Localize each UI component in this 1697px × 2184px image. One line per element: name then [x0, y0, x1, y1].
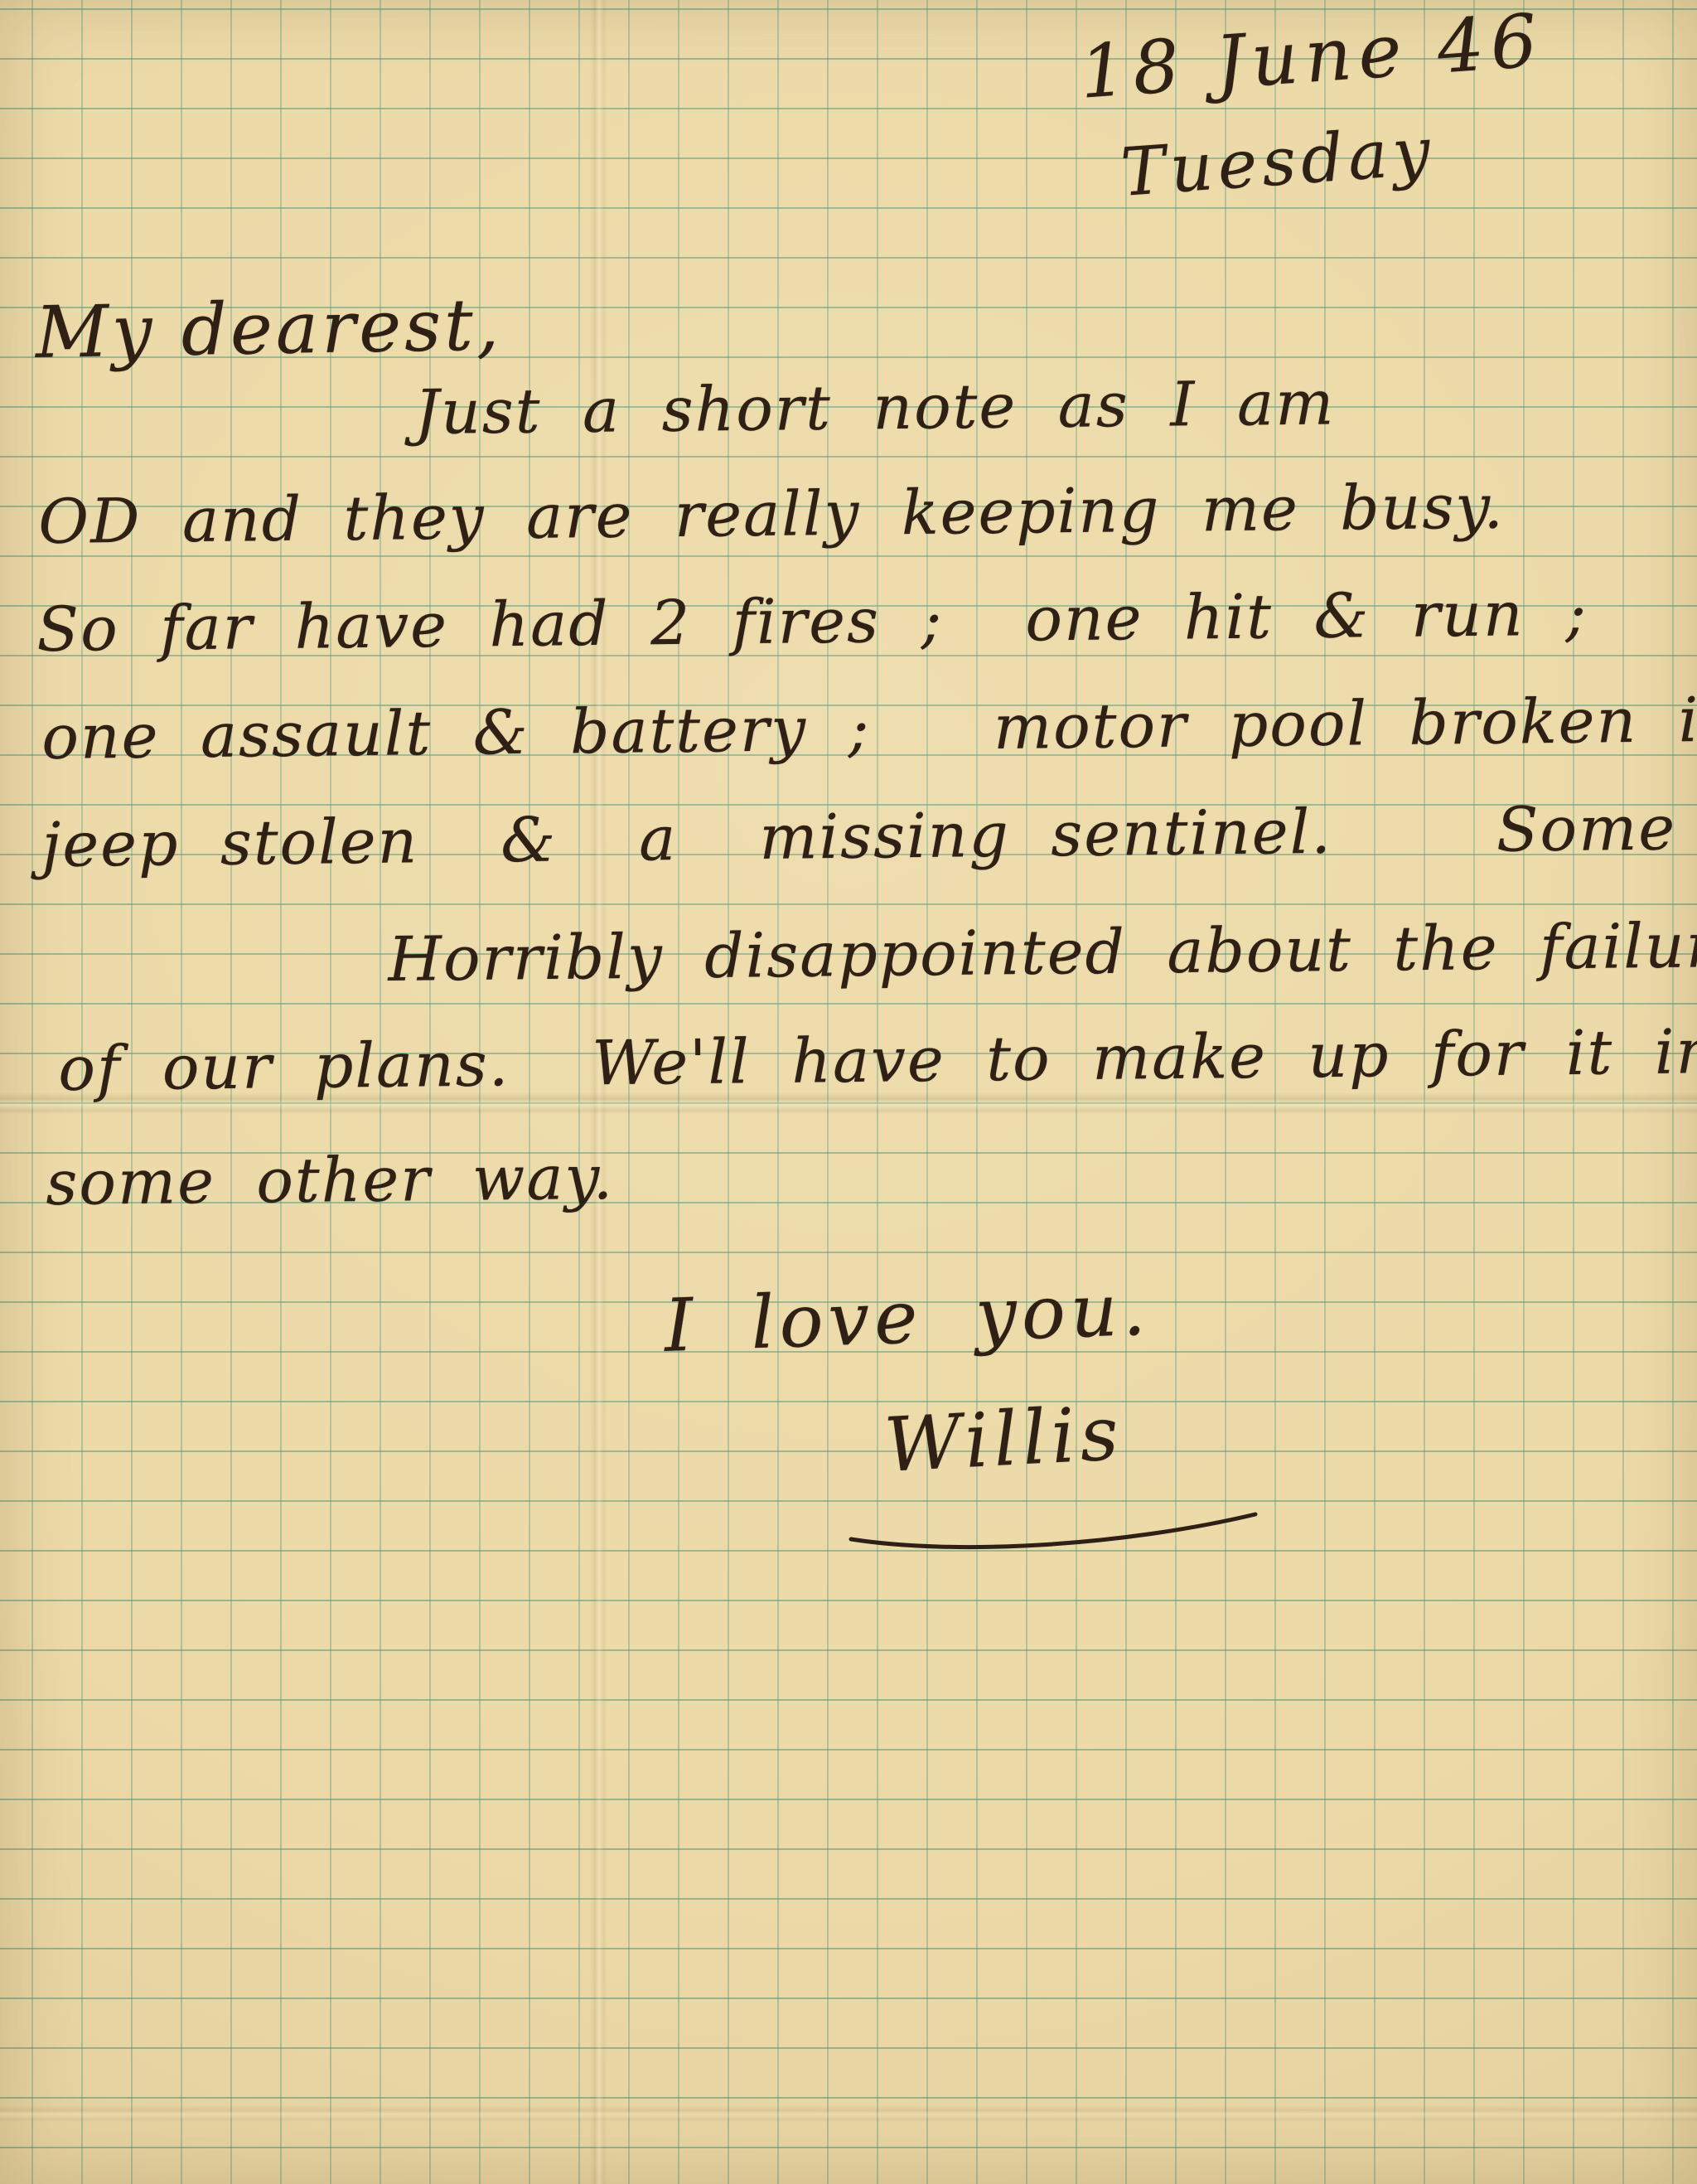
- signature: Willis: [882, 1392, 1125, 1487]
- body-line-6: Horribly disappointed about the failure: [388, 913, 1697, 995]
- body-line-5: jeep stolen & a missing sentinel. Some f…: [41, 793, 1697, 879]
- body-line-8: some other way.: [46, 1145, 614, 1218]
- salutation: My dearest,: [35, 286, 503, 372]
- letter-page: 18 June 46 Tuesday My dearest, Just a sh…: [0, 0, 1697, 2184]
- body-line-3: So far have had 2 fires ; one hit & run …: [36, 580, 1588, 664]
- signature-underline-flourish: [841, 1504, 1272, 1562]
- date-line-day: 18 June 46: [1077, 1, 1546, 114]
- closing-line: I love you.: [663, 1270, 1152, 1367]
- body-line-1: Just a short note as I am: [414, 370, 1336, 447]
- date-line-weekday: Tuesday: [1119, 115, 1438, 210]
- horizontal-fold-crease-lower: [0, 2105, 1697, 2122]
- body-line-4: one assault & battery ; motor pool broke…: [41, 685, 1697, 772]
- body-line-2: OD and they are really keeping me busy.: [38, 473, 1505, 556]
- body-line-7: of our plans. We'll have to make up for …: [58, 1019, 1697, 1103]
